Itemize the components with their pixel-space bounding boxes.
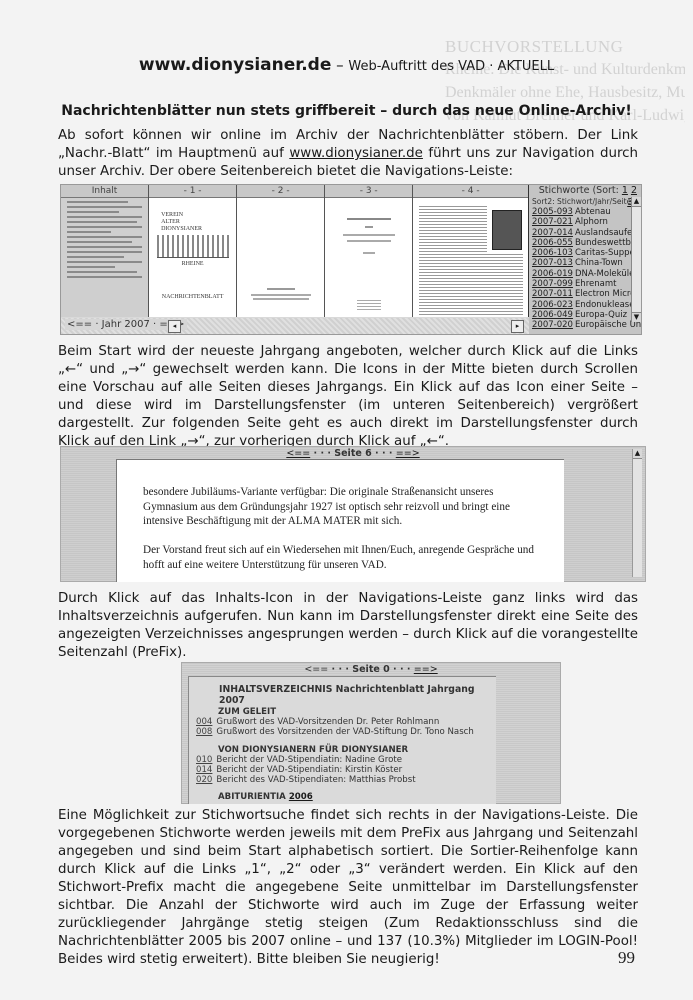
toc-page-prefix-link[interactable]: 010 — [196, 755, 212, 765]
scroll-right-button[interactable]: ▸ — [511, 320, 524, 333]
toc-viewer-screenshot: <== · · · Seite 0 · · · ==> INHALTSVERZE… — [181, 662, 561, 804]
keyword-prefix-link[interactable]: 2006-055 — [532, 238, 573, 248]
cover-line: RHEINE — [149, 261, 236, 267]
sort-link-2[interactable]: 2 — [631, 185, 637, 196]
keyword-text: Abtenau — [575, 207, 611, 217]
thumb-label: - 4 - — [413, 185, 528, 197]
cover-thumbnail-icon: VEREIN ALTER DIONYSIANER RHEINE NACHRICH… — [149, 197, 236, 317]
toc-row-text: Grußwort des VAD-Vorsitzenden Dr. Peter … — [216, 717, 439, 727]
keyword-item: 2007-013China-Town — [532, 258, 641, 268]
scroll-down-icon[interactable]: ▼ — [632, 312, 641, 322]
toc-section-title: ZUM GELEIT — [218, 707, 276, 718]
next-page-link[interactable]: ==> — [396, 448, 420, 459]
page-thumbnails: Inhalt - 1 - VEREIN ALTER DIONYSIANER RH… — [61, 185, 529, 317]
scroll-up-icon[interactable]: ▲ — [633, 449, 642, 459]
toc-section-title: ABITURIENTIA 2006 — [218, 792, 313, 803]
keyword-prefix-link[interactable]: 2006-023 — [532, 300, 573, 310]
keyword-item: 2006-019DNA-Moleküle — [532, 269, 641, 279]
keyword-prefix-link[interactable]: 2007-021 — [532, 217, 573, 227]
toc-row-text: Bericht der VAD-Stipendiatin: Kirstin Kö… — [216, 765, 402, 775]
keyword-item: 2007-099Ehrenamt — [532, 279, 641, 289]
thumb-label: - 3 - — [325, 185, 412, 197]
keyword-prefix-link[interactable]: 2006-049 — [532, 310, 573, 320]
keyword-item: 2006-049Europa-Quiz — [532, 310, 641, 320]
keyword-text: Alphorn — [575, 217, 608, 227]
keyword-text: Europa-Quiz — [575, 310, 627, 320]
thumb-page-3[interactable]: - 3 - — [325, 185, 413, 317]
keyword-item: 2007-020Europäische Union — [532, 320, 641, 330]
keyword-text: Endonuklease — [575, 300, 635, 310]
viewer-text-block: besondere Jubiläums-Variante verfügbar: … — [143, 485, 543, 529]
toc-page-prefix-link[interactable]: 020 — [196, 775, 212, 785]
toc-row-text: Bericht des VAD-Stipendiaten: Matthias P… — [216, 775, 415, 785]
thumb-page-1[interactable]: - 1 - VEREIN ALTER DIONYSIANER RHEINE NA… — [149, 185, 237, 317]
bleed-line: Denkmäler ohne Ehe, Hausbesitz, Mumm, hg… — [445, 81, 685, 104]
toc-row: 020Bericht des VAD-Stipendiaten: Matthia… — [196, 775, 416, 786]
keyword-scrollbar[interactable]: ▲ ▼ — [631, 197, 641, 322]
toc-row-text: Grußwort des Vorsitzenden der VAD-Stiftu… — [216, 727, 473, 737]
keyword-paragraph: Eine Möglichkeit zur Stichwortsuche find… — [58, 807, 638, 969]
toc-row: 008Grußwort des Vorsitzenden der VAD-Sti… — [196, 727, 474, 738]
scroll-left-button[interactable]: ◂ — [168, 320, 181, 333]
page-viewer-screenshot: <== · · · Seite 6 · · · ==> besondere Ju… — [60, 446, 646, 582]
page-thumbnail-icon — [413, 197, 528, 317]
keyword-prefix-link[interactable]: 2005-093 — [532, 207, 573, 217]
portrait-photo — [492, 210, 522, 250]
school-drawing-icon — [157, 235, 229, 258]
keyword-panel: Stichworte (Sort: 1 2 3) Sort2: Stichwor… — [529, 185, 641, 334]
thumb-label: - 1 - — [149, 185, 236, 197]
cover-line: VEREIN — [161, 212, 236, 218]
toc-page-title: · · · Seite 0 · · · — [328, 664, 414, 675]
toc-page-prefix-link[interactable]: 004 — [196, 717, 212, 727]
toc-row-text: Bericht der VAD-Stipendiatin: Nadine Gro… — [216, 755, 402, 765]
page-number: 99 — [618, 948, 635, 968]
sort-link-1[interactable]: 1 — [622, 185, 628, 196]
toc-paragraph: Durch Klick auf das Inhalts-Icon in der … — [58, 590, 638, 662]
keyword-item: 2007-021Alphorn — [532, 217, 641, 227]
toc-heading: INHALTSVERZEICHNIS Nachrichtenblatt Jahr… — [219, 685, 496, 706]
page-thumbnail-icon — [325, 197, 412, 317]
keyword-prefix-link[interactable]: 2006-103 — [532, 248, 573, 258]
keyword-text: Ehrenamt — [575, 279, 617, 289]
keyword-prefix-link[interactable]: 2007-014 — [532, 228, 573, 238]
navigation-bar-screenshot: Inhalt - 1 - VEREIN ALTER DIONYSIANER RH… — [60, 184, 642, 335]
keyword-item: 2006-055Bundeswettbewer — [532, 238, 641, 248]
next-page-link[interactable]: ==> — [414, 664, 438, 675]
keyword-item: 2005-093Abtenau — [532, 207, 641, 217]
cover-line: NACHRICHTENBLATT — [149, 294, 236, 300]
keyword-item: 2006-023Endonuklease — [532, 300, 641, 310]
keyword-item: 2007-014Auslandsaufentha — [532, 228, 641, 238]
toc-row: 010Bericht der VAD-Stipendiatin: Nadine … — [196, 755, 402, 766]
keyword-item: 2007-011Electron Microsco — [532, 289, 641, 299]
viewer-page-title: · · · Seite 6 · · · — [310, 448, 396, 459]
site-name: www.dionysianer.de — [139, 55, 332, 75]
toc-page-prefix-link[interactable]: 014 — [196, 765, 212, 775]
toc-row: 004Grußwort des VAD-Vorsitzenden Dr. Pet… — [196, 717, 439, 728]
toc-page-prefix-link[interactable]: 008 — [196, 727, 212, 737]
keyword-text: DNA-Moleküle — [575, 269, 634, 279]
toc-content: INHALTSVERZEICHNIS Nachrichtenblatt Jahr… — [188, 676, 496, 804]
scroll-up-icon[interactable]: ▲ — [632, 197, 641, 207]
thumb-label: Inhalt — [61, 185, 148, 197]
thumb-label: - 2 - — [237, 185, 324, 197]
thumb-inhalt[interactable]: Inhalt — [61, 185, 149, 317]
page-header: www.dionysianer.de – Web-Auftritt des VA… — [0, 55, 693, 75]
toc-row: 014Bericht der VAD-Stipendiatin: Kirstin… — [196, 765, 402, 776]
keyword-prefix-link[interactable]: 2006-019 — [532, 269, 573, 279]
keyword-panel-title: Stichworte (Sort: 1 2 3) — [529, 185, 641, 197]
viewer-text-block: Der Vorstand freut sich auf ein Wiederse… — [143, 543, 543, 572]
keyword-prefix-link[interactable]: 2007-011 — [532, 289, 573, 299]
page-thumbnail-icon — [237, 197, 324, 317]
cover-line: DIONYSIANER — [161, 226, 236, 232]
prev-page-link[interactable]: <== — [304, 664, 328, 675]
toc-section-title-text: ABITURIENTIA — [218, 792, 289, 802]
toc-thumbnail-icon — [61, 197, 148, 317]
toc-page-nav: <== · · · Seite 0 · · · ==> — [182, 664, 560, 675]
thumb-page-2[interactable]: - 2 - — [237, 185, 325, 317]
keyword-title-text: Stichworte (Sort: — [539, 185, 622, 196]
viewer-page-content: besondere Jubiläums-Variante verfügbar: … — [116, 459, 564, 582]
prev-page-link[interactable]: <== — [286, 448, 310, 459]
keyword-prefix-link[interactable]: 2007-013 — [532, 258, 573, 268]
website-link[interactable]: www.dionysianer.de — [289, 146, 423, 161]
keyword-item: 2006-103Caritas-Suppenkü — [532, 248, 641, 258]
sort-caption: Sort2: Stichwort/Jahr/Seite — [529, 197, 641, 207]
viewer-scrollbar[interactable]: ▲ — [632, 449, 642, 577]
header-subtitle: Web-Auftritt des VAD · AKTUELL — [348, 59, 554, 74]
toc-section-title: VON DIONYSIANERN FÜR DIONYSIANER — [218, 745, 408, 756]
keyword-prefix-link[interactable]: 2007-099 — [532, 279, 573, 289]
cover-line: ALTER — [161, 219, 236, 225]
intro-paragraph: Ab sofort können wir online im Archiv de… — [58, 127, 638, 181]
navigation-paragraph: Beim Start wird der neueste Jahrgang ang… — [58, 343, 638, 451]
keyword-prefix-link[interactable]: 2007-020 — [532, 320, 573, 330]
viewer-page-nav: <== · · · Seite 6 · · · ==> — [61, 448, 645, 459]
keyword-text: China-Town — [575, 258, 623, 268]
abiturientia-year-link[interactable]: 2006 — [289, 792, 313, 802]
thumb-page-4[interactable]: - 4 - — [413, 185, 529, 317]
navbar-footer: <== · Jahr 2007 · ==> ◂ ▸ — [61, 318, 529, 334]
article-headline: Nachrichtenblätter nun stets griffbereit… — [0, 103, 693, 119]
header-dash: – — [331, 56, 348, 74]
keyword-list: 2005-093Abtenau2007-021Alphorn2007-014Au… — [529, 207, 641, 331]
